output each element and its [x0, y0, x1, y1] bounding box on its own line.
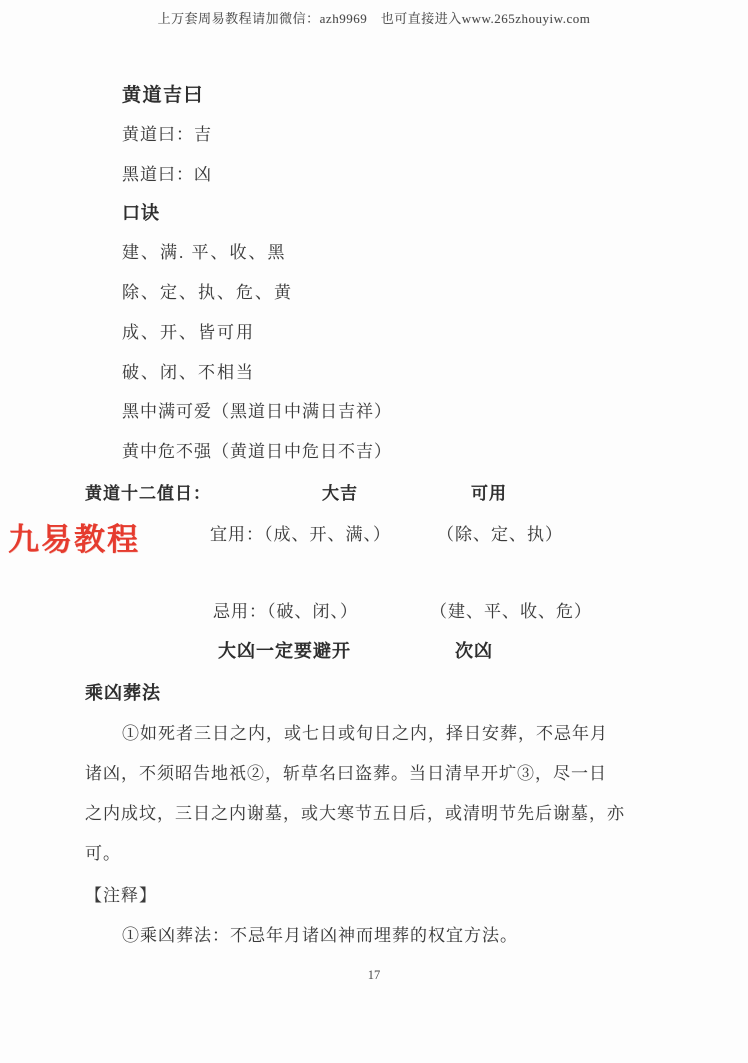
- zangfa-paragraph-line: 之内成坟，三日之内谢墓，或大寒节五日后，或清明节先后谢墓，亦: [85, 799, 625, 824]
- zangfa-heading: 乘凶葬法: [85, 679, 161, 705]
- line-huangdao: 黄道曰：吉: [122, 120, 212, 145]
- koujue-line: 黄中危不强（黄道日中危日不吉）: [122, 437, 392, 462]
- koujue-line: 建、满. 平、收、黑: [122, 238, 287, 263]
- doc-title: 黄道吉曰: [122, 80, 204, 107]
- jiyong-label: 忌用：（破、闭、）: [213, 597, 358, 622]
- red-watermark: 九易教程: [8, 514, 140, 559]
- yiyong-group2: （除、定、执）: [437, 520, 563, 545]
- koujue-heading: 口诀: [122, 199, 160, 225]
- document-page: 上万套周易教程请加微信：azh9969 也可直接进入www.265zhouyiw…: [0, 0, 748, 1063]
- zangfa-paragraph-line: ①如死者三日之内，或七日或旬日之内，择日安葬，不忌年月: [122, 719, 608, 744]
- zhushi-line: ①乘凶葬法：不忌年月诸凶神而埋葬的权宜方法。: [122, 921, 518, 946]
- zhushi-heading: 【注释】: [85, 881, 157, 906]
- zangfa-paragraph-line: 诸凶，不须昭告地祇②，斩草名曰盗葬。当日清早开圹③，尽一日: [85, 759, 607, 784]
- zangfa-paragraph-line: 可。: [85, 839, 121, 864]
- koujue-line: 除、定、执、危、黄: [122, 278, 293, 303]
- line-heidao: 黑道曰：凶: [122, 160, 212, 185]
- page-number: 17: [0, 968, 748, 983]
- zhiri-daji: 大吉: [322, 479, 358, 504]
- koujue-line: 黑中满可爱（黑道日中满日吉祥）: [122, 397, 392, 422]
- zhiri-label: 黄道十二值日：: [85, 479, 211, 504]
- koujue-line: 破、闭、不相当: [122, 358, 255, 383]
- cixiong-label: 次凶: [455, 637, 493, 663]
- jiyong-group2: （建、平、收、危）: [430, 597, 592, 622]
- daxiong-label: 大凶一定要避开: [218, 637, 351, 663]
- koujue-line: 成、开、皆可用: [122, 318, 255, 343]
- zhiri-keyong: 可用: [471, 479, 507, 504]
- yiyong-label: 宜用：（成、开、满、）: [210, 520, 391, 545]
- header-promo-text: 上万套周易教程请加微信：azh9969 也可直接进入www.265zhouyiw…: [0, 8, 748, 27]
